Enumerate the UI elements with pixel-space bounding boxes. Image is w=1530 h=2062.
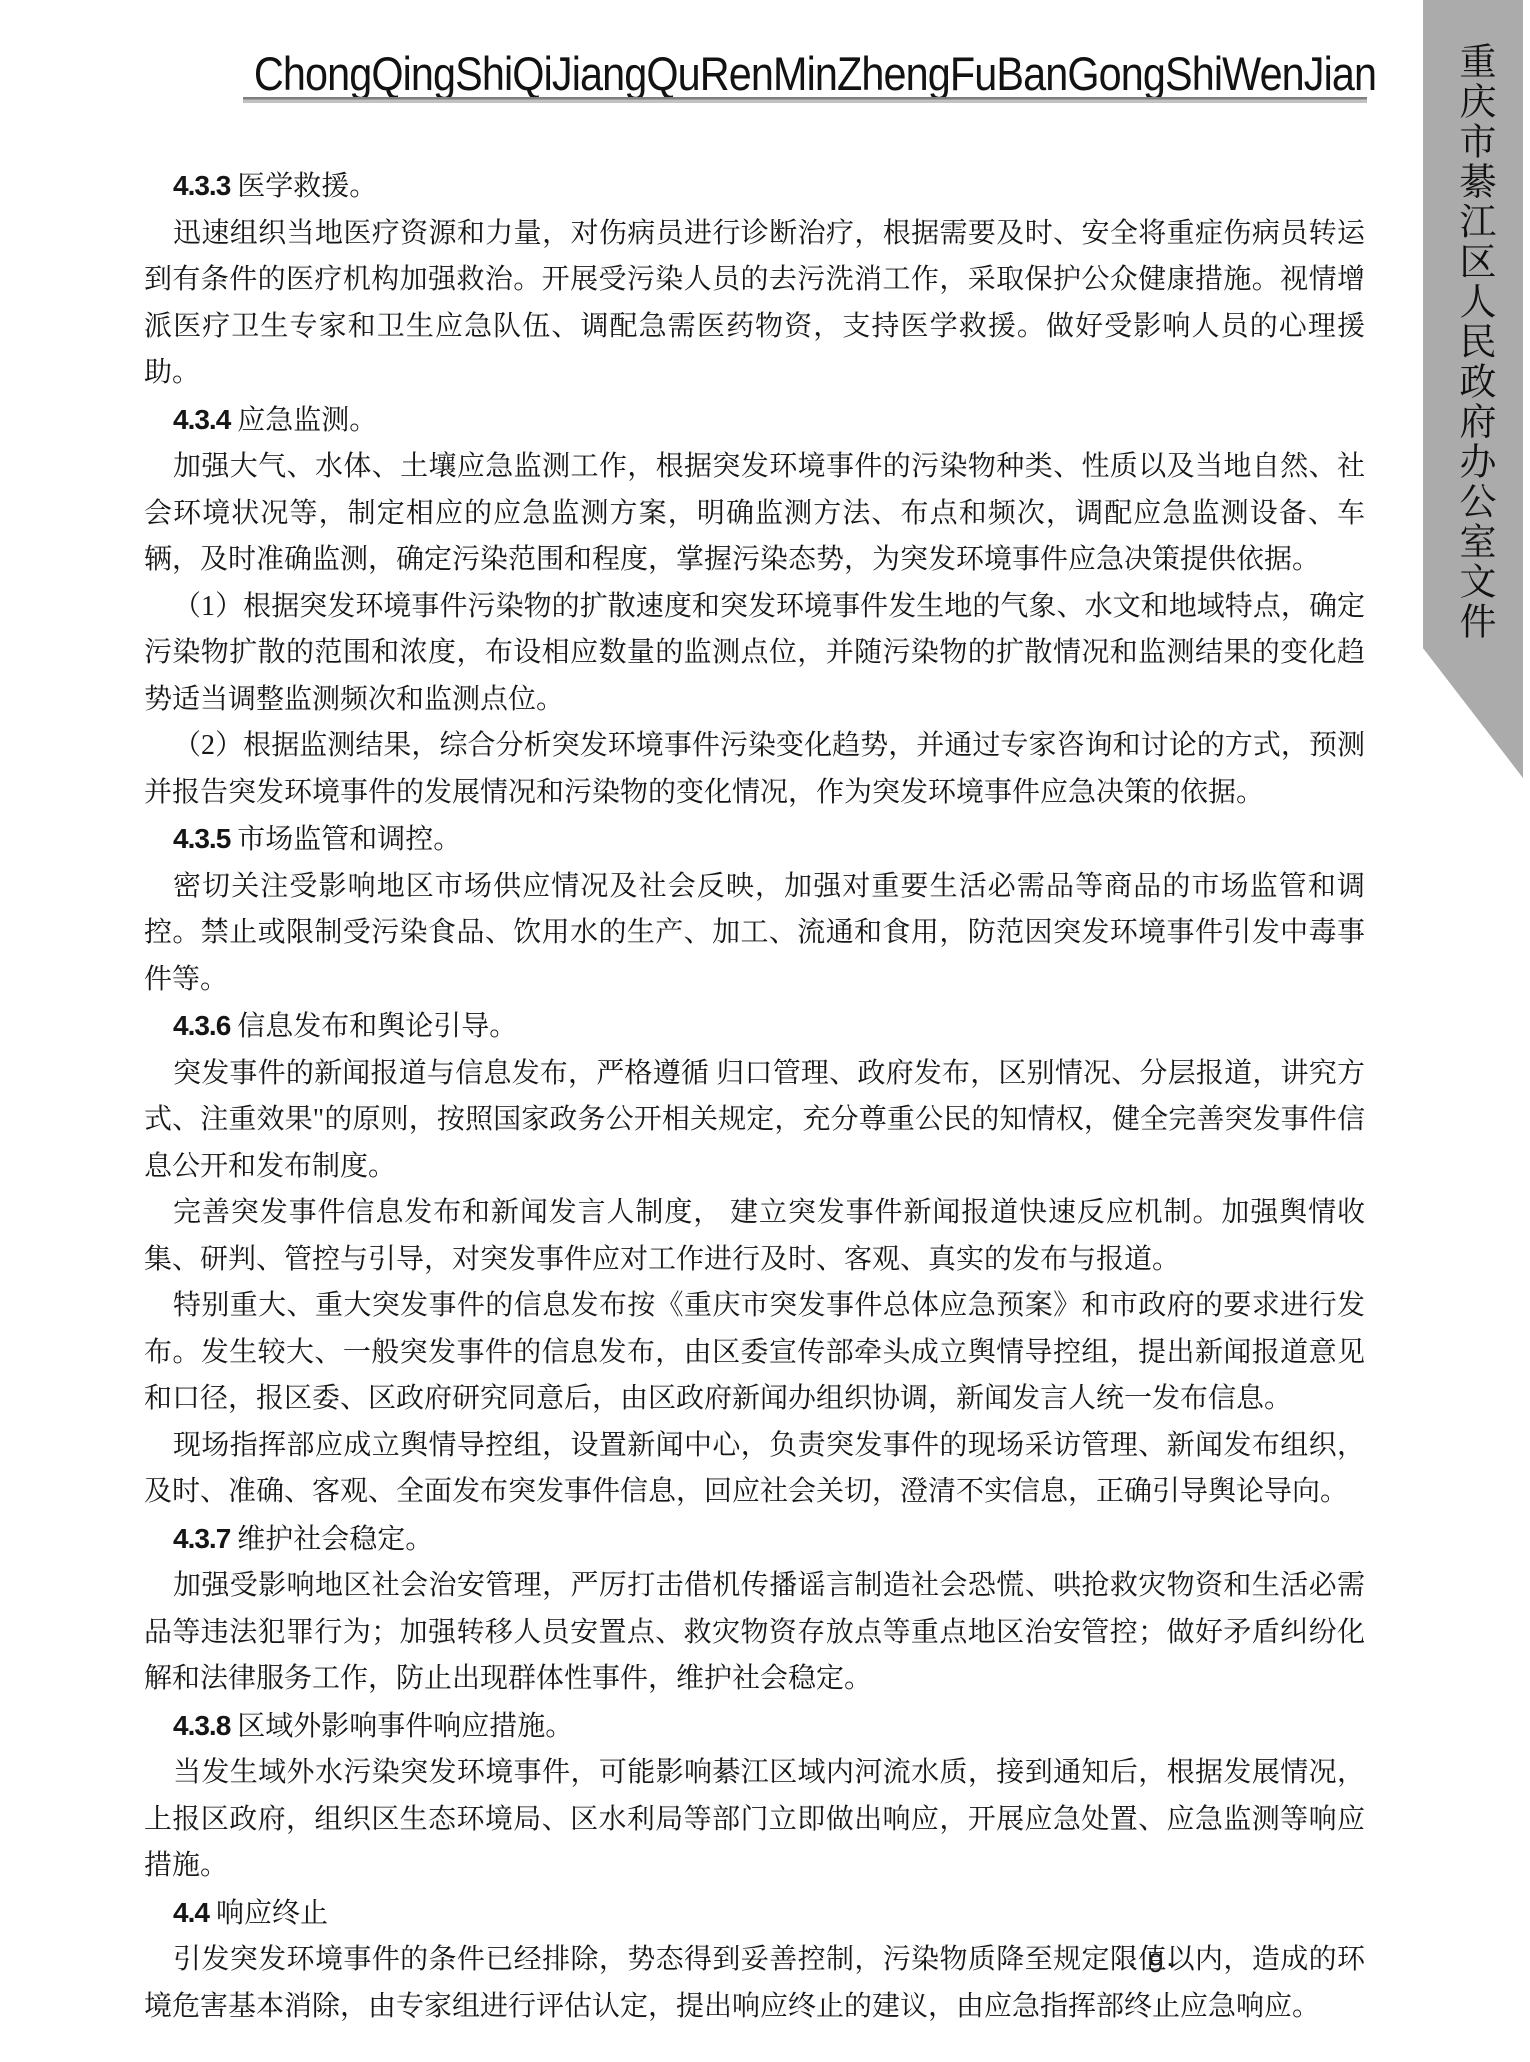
paragraph: 迅速组织当地医疗资源和力量，对伤病员进行诊断治疗，根据需要及时、安全将重症伤病员…	[144, 211, 1365, 397]
document-body: 4.3.3医学救援。迅速组织当地医疗资源和力量，对伤病员进行诊断治疗，根据需要及…	[144, 163, 1365, 2030]
header-title: ChongQingShiQiJiangQuRenMinZhengFuBanGon…	[254, 46, 1376, 101]
section-number: 4.3.5	[173, 823, 230, 854]
header-underline	[243, 97, 1367, 103]
section-number: 4.3.7	[173, 1523, 230, 1554]
paragraph: 引发突发环境事件的条件已经排除，势态得到妥善控制，污染物质降至规定限值以内，造成…	[144, 1937, 1365, 2030]
section-heading: 4.3.8区域外影响事件响应措施。	[144, 1703, 1365, 1751]
section-number: 4.3.6	[173, 1010, 230, 1041]
sidebar-ribbon: 重庆市綦江区人民政府办公室文件	[1423, 0, 1523, 778]
section-number: 4.3.8	[173, 1710, 230, 1741]
section-heading: 4.3.4应急监测。	[144, 397, 1365, 445]
section-number: 4.4	[173, 1897, 209, 1928]
paragraph: （2）根据监测结果，综合分析突发环境事件污染变化趋势，并通过专家咨询和讨论的方式…	[144, 723, 1365, 816]
paragraph: （1）根据突发环境事件污染物的扩散速度和突发环境事件发生地的气象、水文和地域特点…	[144, 584, 1365, 724]
page-number: · 9·	[1128, 1948, 1177, 1979]
section-heading: 4.3.7维护社会稳定。	[144, 1516, 1365, 1564]
paragraph: 加强受影响地区社会治安管理，严厉打击借机传播谣言制造社会恐慌、哄抢救灾物资和生活…	[144, 1563, 1365, 1703]
paragraph: 现场指挥部应成立舆情导控组，设置新闻中心，负责突发事件的现场采访管理、新闻发布组…	[144, 1423, 1365, 1516]
section-number: 4.3.4	[173, 404, 230, 435]
paragraph: 突发事件的新闻报道与信息发布，严格遵循 归口管理、政府发布，区别情况、分层报道，…	[144, 1051, 1365, 1191]
section-heading: 4.4响应终止	[144, 1890, 1365, 1938]
section-heading: 4.3.5市场监管和调控。	[144, 816, 1365, 864]
paragraph: 特别重大、重大突发事件的信息发布按《重庆市突发事件总体应急预案》和市政府的要求进…	[144, 1283, 1365, 1423]
document-page: ChongQingShiQiJiangQuRenMinZhengFuBanGon…	[0, 0, 1530, 2062]
paragraph: 加强大气、水体、土壤应急监测工作，根据突发环境事件的污染物种类、性质以及当地自然…	[144, 444, 1365, 584]
section-heading: 4.3.3医学救援。	[144, 163, 1365, 211]
paragraph: 当发生域外水污染突发环境事件，可能影响綦江区域内河流水质，接到通知后，根据发展情…	[144, 1750, 1365, 1890]
section-heading: 4.3.6信息发布和舆论引导。	[144, 1003, 1365, 1051]
paragraph: 密切关注受影响地区市场供应情况及社会反映，加强对重要生活必需品等商品的市场监管和…	[144, 864, 1365, 1004]
paragraph: 完善突发事件信息发布和新闻发言人制度， 建立突发事件新闻报道快速反应机制。加强舆…	[144, 1190, 1365, 1283]
section-number: 4.3.3	[173, 170, 230, 201]
sidebar-ribbon-text: 重庆市綦江区人民政府办公室文件	[1446, 42, 1500, 642]
